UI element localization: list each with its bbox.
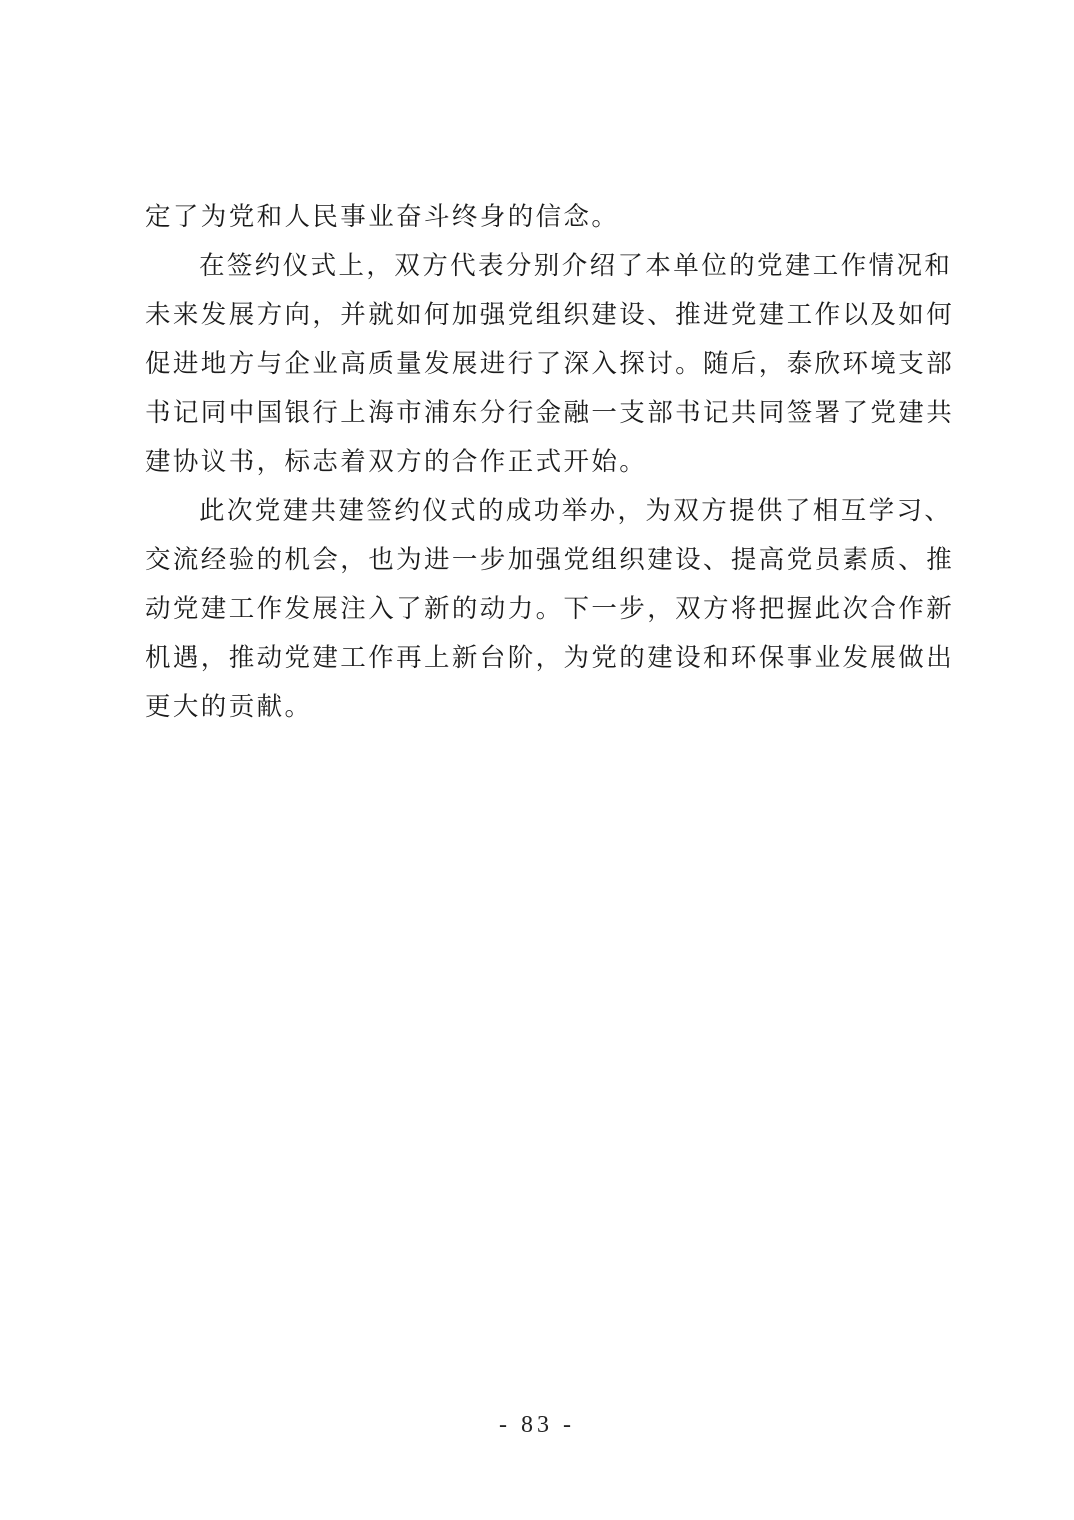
paragraph-3-line-5: 更大的贡献。 xyxy=(145,683,945,732)
paragraph-3-line-4: 机遇，推动党建工作再上新台阶，为党的建设和环保事业发展做出 xyxy=(145,634,945,683)
paragraph-2-line-5: 建协议书，标志着双方的合作正式开始。 xyxy=(145,438,945,487)
paragraph-2-line-3: 促进地方与企业高质量发展进行了深入探讨。随后，泰欣环境支部 xyxy=(145,340,945,389)
paragraph-3-line-2: 交流经验的机会，也为进一步加强党组织建设、提高党员素质、推 xyxy=(145,536,945,585)
paragraph-3-line-1: 此次党建共建签约仪式的成功举办，为双方提供了相互学习、 xyxy=(145,487,945,536)
paragraph-1-line-1: 定了为党和人民事业奋斗终身的信念。 xyxy=(145,193,945,242)
paragraph-2-line-2: 未来发展方向，并就如何加强党组织建设、推进党建工作以及如何 xyxy=(145,291,945,340)
paragraph-2-line-1: 在签约仪式上，双方代表分别介绍了本单位的党建工作情况和 xyxy=(145,242,945,291)
paragraph-3-line-3: 动党建工作发展注入了新的动力。下一步，双方将把握此次合作新 xyxy=(145,585,945,634)
paragraph-2-line-4: 书记同中国银行上海市浦东分行金融一支部书记共同签署了党建共 xyxy=(145,389,945,438)
document-page: 定了为党和人民事业奋斗终身的信念。 在签约仪式上，双方代表分别介绍了本单位的党建… xyxy=(0,0,1074,1520)
page-number: - 83 - xyxy=(0,1412,1074,1439)
body-text: 定了为党和人民事业奋斗终身的信念。 在签约仪式上，双方代表分别介绍了本单位的党建… xyxy=(145,193,945,732)
